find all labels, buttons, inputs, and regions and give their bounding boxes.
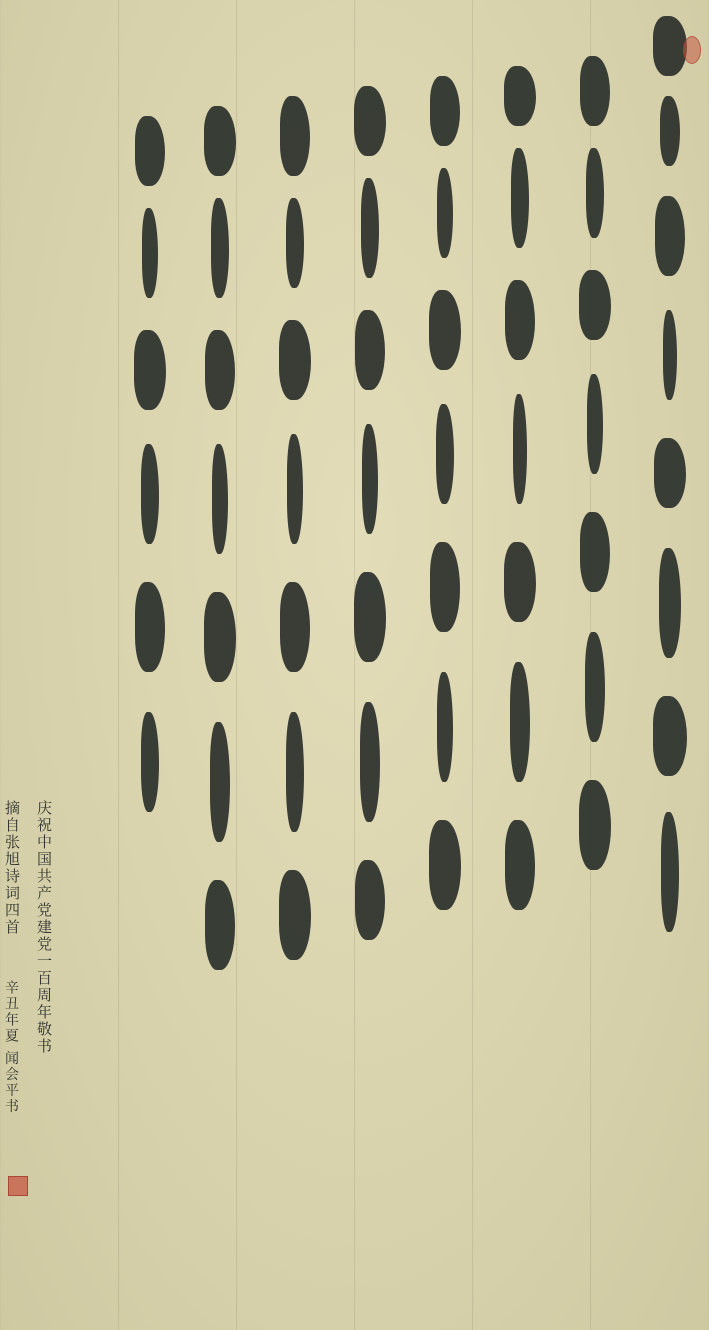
calligraphy-scroll: 庆祝中国共产党建党一百周年敬书 摘自张旭诗词四首 辛丑年夏 闻会平书 <box>0 0 709 1330</box>
cursive-column-7 <box>195 100 245 988</box>
cursive-column-4 <box>420 70 470 928</box>
cursive-column-2 <box>570 50 620 888</box>
paper-fold <box>472 0 473 1330</box>
cursive-column-1 <box>645 10 695 950</box>
cursive-column-5 <box>345 80 395 958</box>
cursive-column-6 <box>270 90 320 978</box>
square-seal-icon <box>8 1176 28 1196</box>
paper-fold <box>118 0 119 1330</box>
inscription-signature: 辛丑年夏 闻会平书 <box>4 980 18 1114</box>
cursive-column-8 <box>125 110 175 832</box>
inscription-dedication: 庆祝中国共产党建党一百周年敬书 <box>36 800 51 1055</box>
cursive-column-3 <box>495 60 545 928</box>
oval-seal-icon <box>683 36 701 64</box>
inscription-source: 摘自张旭诗词四首 <box>4 800 19 936</box>
